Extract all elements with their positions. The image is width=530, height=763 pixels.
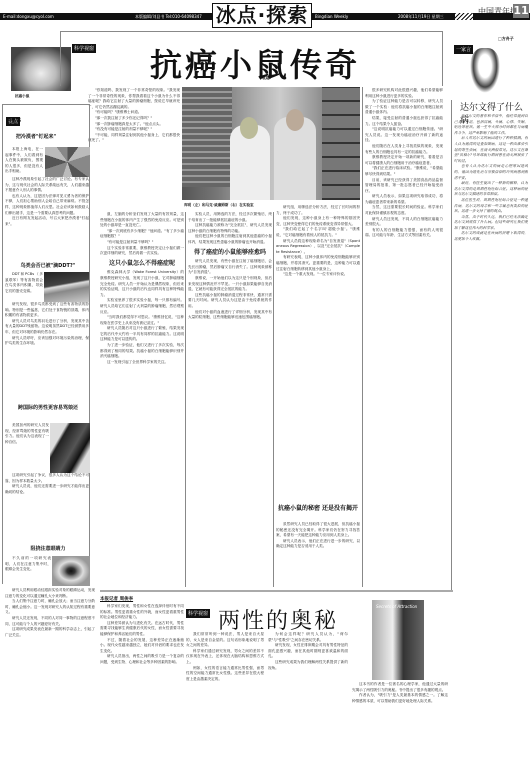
- left-article-2-title: 鸟类会否已被"滴DDT?": [6, 262, 90, 269]
- main-body-col-1: 鼠，左脑的分析室们发现了大量的有效剂量，这些细胞在小鼠的体内产生了强烈的免疫反应…: [100, 212, 184, 587]
- bottom-kicker: 科学视窗: [186, 609, 210, 618]
- scientists-photo-caption: 库明（左）和马克·威廉姆斯（右）在实验室: [184, 203, 254, 208]
- main-body-col-3b: 虽然研究人员已经取得了很大进展，但抗癌小鼠的秘密还没有完全揭开。科学家们仍在努力…: [276, 522, 360, 587]
- masthead-weekly: Bingdian Weekly: [315, 13, 348, 20]
- left-article-4-photo: [52, 556, 90, 586]
- left-article-2-photo: [44, 272, 89, 302]
- left-article-1-title: 把冷漠者"钉起来": [6, 133, 66, 140]
- bottom-title: 两性的奥秘: [218, 604, 338, 635]
- right-article-text: 在达尔文的著作和书信中，他经常提到自己身体不适，包括胃痛、头痛、心悸、失眠、呕吐…: [454, 114, 528, 589]
- paper-logo: 中国青年报: [478, 6, 518, 17]
- book-cover-image: Secrets of Attraction: [372, 600, 424, 680]
- left-article-1-text-b: 这种冷漠现象引起了社会的广泛讨论。有专家认为，这与现代社会的人际关系疏远有关，人…: [5, 177, 89, 262]
- bottom-mid-text-2: 为何会这样呢？研究人员认为，"荷尔蒙"与"性吸引"之间存在密切关系。 研究发现，…: [268, 632, 348, 759]
- left-article-1-text-a: 本报上海电，在一起事件中，人们看到有人在街头被欺负，围观的人很多，但是没有人出手…: [5, 147, 43, 177]
- scientists-photo: [182, 87, 360, 200]
- left-article-4-title: 阻挠注意眼睛力: [6, 545, 90, 552]
- main-kicker: 科学视窗: [72, 44, 96, 53]
- left-column-author: 刘县书: [6, 117, 21, 124]
- main-body-col-2: 实验人员，用筛选的方法，经过多次繁殖后，终于培育出了一批能够抵抗癌症的小鼠。 这…: [188, 212, 272, 587]
- columnist-portrait: [470, 48, 500, 93]
- bottom-right-text: 这本书的作者是一位著名的心理学家，他通过大量的研究揭示了两性吸引力的奥秘。书中提…: [352, 682, 448, 759]
- left-article-3-text-a: 美国加州的研究人员发现，经常骂娘的男性更有吸引力。他们认为这表现了一种自信。: [5, 423, 49, 473]
- main-body-col-3: 研究组，用筛选法分析方法，经过了长时间的努力，终于成功了。 他们发现，这种小鼠身…: [276, 205, 360, 505]
- left-article-3-text-b: 这项研究引起了争议，很多人认为这个结论不可靠，因为样本数量太少。 研究人员说，他…: [5, 473, 89, 543]
- hatch-decoration: [455, 13, 473, 20]
- main-body-col-4: 很多研究机构对此很感兴趣，他们希望能够利用这种小鼠进行更多的实验。 为了验证这种…: [365, 88, 443, 588]
- masthead-editor: 本版编辑/刘县书 Tel:010-64098347: [135, 13, 202, 20]
- left-article-4-text-b: 研究人员利用眼动仪跟踪实验对象的眼睛运动，发现注意力的变化可以通过瞳孔大小来判断…: [5, 588, 95, 758]
- right-column-author: □方舟子: [498, 36, 514, 42]
- left-article-1-photo: [45, 147, 90, 177]
- bottom-mid-text-1: 我们常常听到一种说法，男人是来自火星的，女人是来自金星的。这句话形象地说明了男女…: [186, 632, 264, 759]
- main-title: 抗癌小鼠传奇: [150, 40, 360, 86]
- masthead-date: 2008年11月19日 星期三: [398, 13, 444, 20]
- right-column-tag: 一家言: [454, 45, 473, 54]
- masthead-email: E-mail:dongxu@cyol.com: [3, 13, 54, 20]
- main-lead-text: "你知道吗，我发现了一个非常奇怪的现象。"我发现了一个非常奇怪的现象，你帮我看看…: [88, 88, 180, 223]
- left-article-2-text-a: DDT和PCBs（多氯联苯）等有害物质会在鸟类体内积累，导致它们的蛋壳变薄。: [5, 272, 43, 302]
- subhead-2: 得了癌症的小鼠能够痊愈吗: [188, 250, 272, 256]
- bottom-left-byline: 本报记者 周俊李: [100, 596, 133, 602]
- left-article-3-photo: [50, 423, 90, 473]
- page-number: 11: [513, 4, 529, 18]
- section-title: 冰点·探索: [212, 3, 312, 28]
- subhead-1: 这只小鼠怎么不得癌症呢: [100, 261, 184, 267]
- left-article-4-text-a: 不久前的一项研究表明，人们在注意力集中时，眼睛会发生变化。: [5, 556, 51, 586]
- bottom-left-text: 科学家们发现，男性和女性在选择伴侣时有不同的标准。男性更看重女性的外貌，而女性更…: [100, 604, 184, 759]
- left-article-3-title: 跨国际的男性更容易骂娘还: [6, 405, 90, 412]
- mouse-photo-caption: 抗癌小鼠: [15, 94, 29, 99]
- subhead-3: 抗癌小鼠的秘密 还是没有揭开: [276, 505, 360, 513]
- left-article-2-text-b: 研究发现，很多鸟类都受到了这些有害物质的影响。特别是一些猛禽，它们处于食物链的顶…: [5, 302, 89, 405]
- main-byline: 袁越: [262, 76, 269, 81]
